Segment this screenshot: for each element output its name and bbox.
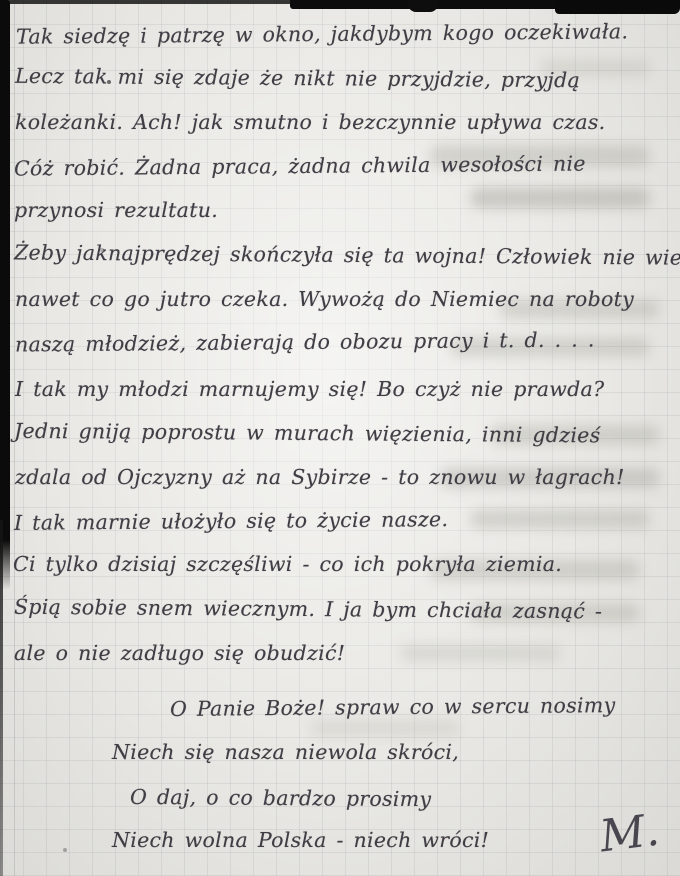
handwritten-line: I tak marnie ułożyło się to życie nasze.	[14, 507, 448, 535]
scan-edge-left-thin	[0, 520, 3, 876]
bleed-through-smudge	[470, 510, 650, 528]
handwritten-line: Cóż robić. Żadna praca, żadna chwila wes…	[14, 152, 586, 182]
ink-blot	[107, 80, 111, 84]
scan-edge-left	[0, 0, 10, 590]
poem-line: O Panie Boże! spraw co w sercu nosimy	[170, 693, 616, 721]
handwritten-line: przynosi rezultatu.	[14, 198, 218, 223]
handwritten-line: Ci tylko dzisiaj szczęśliwi - co ich pok…	[13, 552, 562, 577]
handwritten-line: I tak my młodzi marnujemy się! Bo czyż n…	[15, 377, 604, 402]
bleed-through-smudge	[310, 720, 460, 736]
ink-speck	[100, 248, 104, 252]
notebook-page: Tak siedzę i patrzę w okno, jakdybym kog…	[0, 0, 680, 876]
handwritten-line: koleżanki. Ach! jak smutno i bezczynnie …	[15, 110, 606, 135]
scan-edge-top-notch	[408, 0, 438, 12]
scan-edge-top-right	[555, 0, 680, 14]
handwritten-line: Żeby jaknajprędzej skończyła się ta wojn…	[14, 240, 680, 270]
handwritten-line: naszą młodzież, zabierają do obozu pracy…	[15, 327, 595, 357]
handwritten-line: Lecz tak mi się zdaje że nikt nie przyjd…	[15, 64, 580, 93]
bleed-through-smudge	[470, 188, 650, 208]
handwritten-line: nawet co go jutro czeka. Wywożą do Niemi…	[15, 287, 634, 312]
handwritten-line: Tak siedzę i patrzę w okno, jakdybym kog…	[16, 19, 628, 49]
poem-line: Niech się nasza niewola skróci,	[112, 740, 459, 765]
poem-line: O daj, o co bardzo prosimy	[130, 785, 432, 812]
poem-line: Niech wolna Polska - niech wróci!	[112, 828, 489, 853]
signature-initial: M.	[597, 805, 662, 863]
bleed-through-smudge	[400, 645, 560, 661]
handwritten-line: Śpią sobie snem wiecznym. I ja bym chcia…	[14, 595, 602, 624]
ink-speck	[63, 848, 67, 852]
handwritten-line: Jedni gniją poprostu w murach więzienia,…	[14, 419, 601, 448]
handwritten-line: ale o nie zadługo się obudzić!	[14, 641, 345, 666]
handwritten-line: zdala od Ojczyzny aż na Sybirze - to zno…	[15, 465, 625, 490]
